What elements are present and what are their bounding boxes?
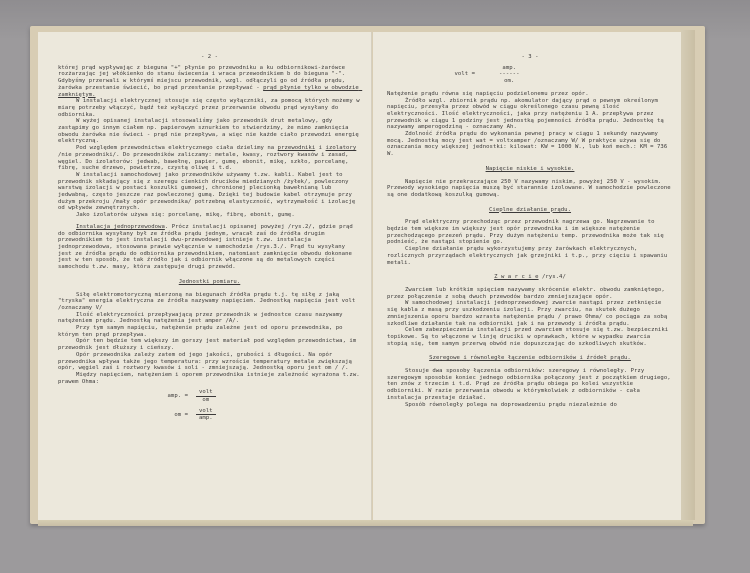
paragraph: Prąd elektryczny przechodząc przez przew… (387, 219, 673, 246)
paragraph: W instalacji elektrycznej stosuje się cz… (58, 98, 361, 118)
paragraph: Między napięciem, natężeniem i oporem pr… (58, 372, 361, 385)
text: Pod względem przewodnictwa elektrycznego… (76, 145, 278, 151)
paragraph: której prąd wypływając z bieguna "+" pły… (58, 65, 361, 99)
formula-ohms-law-om: om = volt amp. (58, 408, 361, 422)
formula-ohms-law-amp: amp. = volt om (58, 389, 361, 403)
page-number: - 3 - (387, 54, 673, 61)
paragraph: Sposób równoległy polega na doprowadzeni… (387, 402, 673, 409)
formula-ohms-law-volt: volt = amp. ------ om. (387, 65, 673, 85)
paragraph: Cieplne działanie prądu wykorzystujemy p… (387, 246, 673, 266)
fraction: volt om (196, 389, 216, 403)
emphasis: Instalacja jednoprzewodowa (76, 224, 165, 230)
page-number: - 2 - (58, 54, 361, 61)
section-heading: Jednostki pomiaru. (58, 279, 361, 286)
page-bottom-edge-right (373, 520, 693, 526)
fraction: volt amp. (196, 408, 216, 422)
page-bottom-edge-left (38, 520, 373, 526)
section-heading: Szeregowe i równoległe łączenie odbiorni… (387, 355, 673, 362)
formula-lhs: amp. = (58, 393, 196, 400)
text: i (315, 145, 325, 151)
figure-ref: /rys.4/ (539, 274, 566, 280)
formula-lhs: om = (58, 412, 196, 419)
fraction: amp. ------ om. (499, 65, 520, 85)
numerator: volt (196, 408, 216, 416)
paragraph: Jako izolatorów używa się: porcelanę, mi… (58, 212, 361, 219)
paragraph: Celem zabezpieczenia instalacji przed zw… (387, 327, 673, 347)
numerator: volt (196, 389, 216, 397)
paragraph: Opór ten będzie tem większy im gorszy je… (58, 338, 361, 351)
section-heading: Z w a r c i e /rys.4/ (387, 274, 673, 281)
paragraph: Napięcie nie przekraczające 250 V nazywa… (387, 179, 673, 199)
emphasis: izolatory (326, 145, 357, 151)
formula-lhs: volt = (387, 71, 499, 78)
fraction-dashes: ------ (499, 71, 520, 78)
section-heading: Cieplne działanie prądu. (387, 207, 673, 214)
paragraph: Przy tym samym napięciu, natężenie prądu… (58, 325, 361, 338)
paragraph: Pod względem przewodnictwa elektrycznego… (58, 145, 361, 172)
paragraph: W samochodowej instalacji jednoprzewodow… (387, 300, 673, 327)
paragraph: W wyżej opisanej instalacji stosowaliśmy… (58, 118, 361, 145)
denominator: om. (504, 78, 514, 85)
paragraph: Stosuje dwa sposoby łączenia odbiorników… (387, 368, 673, 402)
right-page: - 3 - volt = amp. ------ om. Natężenie p… (373, 32, 681, 520)
paragraph: Opór przewodnika zależy zatem od jego ja… (58, 352, 361, 372)
paragraph: Siłę elektromotoryczną mierzoną na biegu… (58, 292, 361, 312)
paragraph: Ilość elektryczności przepływającą przez… (58, 312, 361, 325)
paragraph: W instalacji samochodowej jako przewodni… (58, 172, 361, 212)
paragraph: Źródło wzgl. zbiornik prądu np. akomulat… (387, 98, 673, 132)
paragraph: Natężenie prądu równa się napięciu podzi… (387, 91, 673, 98)
paragraph: Instalacja jednoprzewodowa. Prócz instal… (58, 224, 361, 271)
paragraph: Zdolność źródła prądu do wykonania pewne… (387, 131, 673, 158)
emphasis: przewodniki (278, 145, 316, 151)
section-heading: Napięcie niskie i wysokie. (387, 166, 673, 173)
paragraph: Zwarciem lub krótkim spięciem nazywamy s… (387, 287, 673, 300)
text: . Prócz instalacji opisanej powyżej /rys… (58, 224, 356, 270)
left-page: - 2 - której prąd wypływając z bieguna "… (38, 32, 372, 520)
page-stack-edge (681, 30, 695, 520)
denominator: amp. (199, 415, 213, 422)
heading-text: Z w a r c i e (494, 274, 538, 280)
denominator: om (202, 397, 209, 404)
numerator: amp. (502, 65, 516, 72)
